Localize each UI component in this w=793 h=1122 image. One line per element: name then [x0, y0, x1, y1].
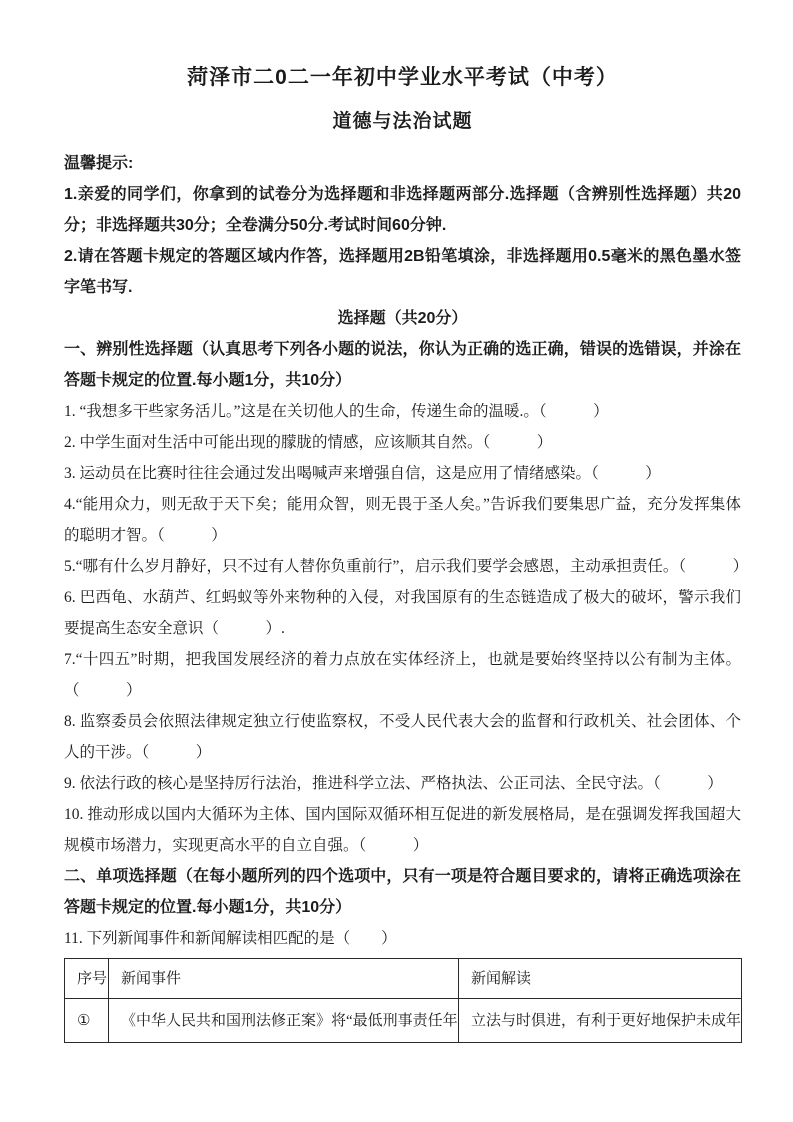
table-header-jiedu: 新闻解读 [459, 959, 742, 999]
question-5: 5.“哪有什么岁月静好，只不过有人替你负重前行”，启示我们要学会感恩，主动承担责… [64, 551, 741, 582]
table-header-row: 序号 新闻事件 新闻解读 [65, 959, 742, 999]
notice-item-2: 2.请在答题卡规定的答题区域内作答，选择题用2B铅笔填涂，非选择题用0.5毫米的… [64, 241, 741, 303]
question-1: 1. “我想多干些家务活儿。”这是在关切他人的生命，传递生命的温暖.。（ ） [64, 396, 741, 427]
table-header-xuhao: 序号 [65, 959, 109, 999]
question-9: 9. 依法行政的核心是坚持厉行法治，推进科学立法、严格执法、公正司法、全民守法。… [64, 768, 741, 799]
question-7: 7.“十四五”时期，把我国发展经济的着力点放在实体经济上，也就是要始终坚持以公有… [64, 644, 741, 706]
table-header-shijian: 新闻事件 [109, 959, 459, 999]
table-cell-read: 立法与时俱进，有利于更好地保护未成年人 [459, 999, 742, 1043]
part2-heading: 二、单项选择题（在每小题所列的四个选项中，只有一项是符合题目要求的，请将正确选项… [64, 861, 741, 923]
choice-section-heading: 选择题（共20分） [64, 303, 741, 334]
exam-document: 菏泽市二0二一年初中学业水平考试（中考） 道德与法治试题 温馨提示: 1.亲爱的… [0, 0, 793, 1122]
exam-subtitle: 道德与法治试题 [64, 108, 741, 136]
part1-heading: 一、辨别性选择题（认真思考下列各小题的说法，你认为正确的选正确，错误的选错误，并… [64, 334, 741, 396]
question-2: 2. 中学生面对生活中可能出现的朦胧的情感，应该顺其自然。（ ） [64, 427, 741, 458]
exam-title: 菏泽市二0二一年初中学业水平考试（中考） [64, 64, 741, 92]
table-cell-event: 《中华人民共和国刑法修正案》将“最低刑事责任年 [109, 999, 459, 1043]
news-table: 序号 新闻事件 新闻解读 ① 《中华人民共和国刑法修正案》将“最低刑事责任年 立… [64, 958, 742, 1043]
question-6: 6. 巴西龟、水葫芦、红蚂蚁等外来物种的入侵，对我国原有的生态链造成了极大的破坏… [64, 582, 741, 644]
question-10: 10. 推动形成以国内大循环为主体、国内国际双循环相互促进的新发展格局，是在强调… [64, 799, 741, 861]
notice-item-1: 1.亲爱的同学们，你拿到的试卷分为选择题和非选择题两部分.选择题（含辨别性选择题… [64, 179, 741, 241]
notice-heading: 温馨提示: [64, 148, 741, 179]
question-8: 8. 监察委员会依照法律规定独立行使监察权，不受人民代表大会的监督和行政机关、社… [64, 706, 741, 768]
table-cell-index: ① [65, 999, 109, 1043]
table-row: ① 《中华人民共和国刑法修正案》将“最低刑事责任年 立法与时俱进，有利于更好地保… [65, 999, 742, 1043]
question-3: 3. 运动员在比赛时往往会通过发出喝喊声来增强自信，这是应用了情绪感染。（ ） [64, 458, 741, 489]
question-4: 4.“能用众力，则无敌于天下矣；能用众智，则无畏于圣人矣。”告诉我们要集思广益，… [64, 489, 741, 551]
question-11: 11. 下列新闻事件和新闻解读相匹配的是（ ） [64, 923, 741, 954]
